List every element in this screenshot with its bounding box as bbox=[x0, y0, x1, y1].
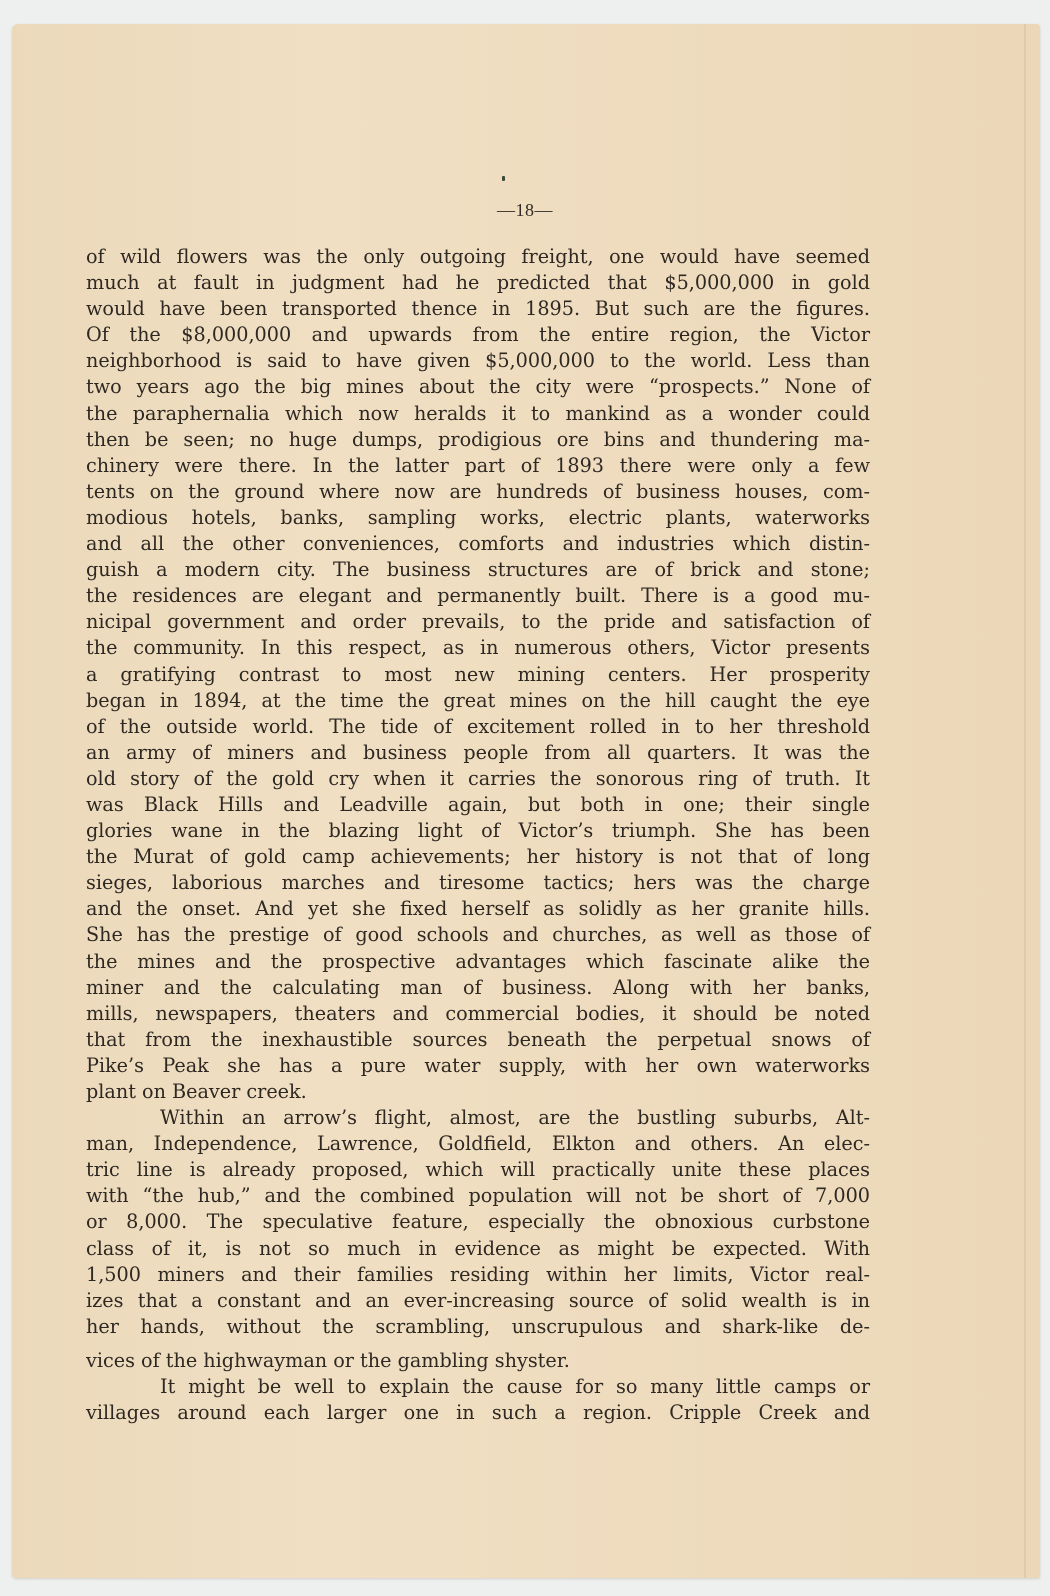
text-line: glories wane in the blazing light of Vic… bbox=[86, 818, 870, 844]
paragraph: of wild flowers was the only outgoing fr… bbox=[86, 244, 870, 1105]
text-line: the residences are elegant and permanent… bbox=[86, 583, 870, 609]
text-line: an army of miners and business people fr… bbox=[86, 740, 870, 766]
text-line: mills, newspapers, theaters and commerci… bbox=[86, 1001, 870, 1027]
text-line: tents on the ground where now are hundre… bbox=[86, 479, 870, 505]
text-line: nicipal government and order prevails, t… bbox=[86, 609, 870, 635]
paragraph: Within an arrow’s flight, almost, are th… bbox=[86, 1105, 870, 1374]
body-text: of wild flowers was the only outgoing fr… bbox=[86, 244, 870, 1426]
text-line: It might be well to explain the cause fo… bbox=[86, 1374, 870, 1400]
text-line: would have been transported thence in 18… bbox=[86, 296, 870, 322]
text-line: plant on Beaver creek. bbox=[86, 1079, 870, 1105]
text-line: the paraphernalia which now heralds it t… bbox=[86, 401, 870, 427]
text-line: Pike’s Peak she has a pure water supply,… bbox=[86, 1053, 870, 1079]
text-line: and all the other conveniences, comforts… bbox=[86, 531, 870, 557]
text-line: modious hotels, banks, sampling works, e… bbox=[86, 505, 870, 531]
text-line: miner and the calculating man of busines… bbox=[86, 975, 870, 1001]
text-line: much at fault in judgment had he predict… bbox=[86, 270, 870, 296]
text-line: a gratifying contrast to most new mining… bbox=[86, 662, 870, 688]
text-line: sieges, laborious marches and tiresome t… bbox=[86, 870, 870, 896]
text-line: villages around each larger one in such … bbox=[86, 1400, 870, 1426]
text-line: was Black Hills and Leadville again, but… bbox=[86, 792, 870, 818]
text-line: her hands, without the scrambling, unscr… bbox=[86, 1314, 870, 1340]
text-line: with “the hub,” and the combined populat… bbox=[86, 1183, 870, 1209]
text-line: began in 1894, at the time the great min… bbox=[86, 688, 870, 714]
text-line: class of it, is not so much in evidence … bbox=[86, 1236, 870, 1262]
text-line: She has the prestige of good schools and… bbox=[86, 922, 870, 948]
text-line: chinery were there. In the latter part o… bbox=[86, 453, 870, 479]
text-line: Of the $8,000,000 and upwards from the e… bbox=[86, 322, 870, 348]
text-line: and the onset. And yet she fixed herself… bbox=[86, 896, 870, 922]
text-line: of the outside world. The tide of excite… bbox=[86, 714, 870, 740]
text-line: or 8,000. The speculative feature, espec… bbox=[86, 1209, 870, 1235]
paragraph: It might be well to explain the cause fo… bbox=[86, 1374, 870, 1426]
text-line: vices of the highwayman or the gambling … bbox=[86, 1348, 870, 1374]
text-line: Within an arrow’s flight, almost, are th… bbox=[86, 1105, 870, 1131]
text-line: the Murat of gold camp achievements; her… bbox=[86, 844, 870, 870]
text-line: guish a modern city. The business struct… bbox=[86, 557, 870, 583]
text-line: that from the inexhaustible sources bene… bbox=[86, 1027, 870, 1053]
text-line: tric line is already proposed, which wil… bbox=[86, 1157, 870, 1183]
ink-fleck bbox=[502, 176, 505, 181]
text-line: the community. In this respect, as in nu… bbox=[86, 635, 870, 661]
text-line: man, Independence, Lawrence, Goldfield, … bbox=[86, 1131, 870, 1157]
text-line: neighborhood is said to have given $5,00… bbox=[86, 348, 870, 374]
text-line: 1,500 miners and their families residing… bbox=[86, 1262, 870, 1288]
text-line: then be seen; no huge dumps, prodigious … bbox=[86, 427, 870, 453]
text-line: the mines and the prospective advantages… bbox=[86, 949, 870, 975]
text-line: two years ago the big mines about the ci… bbox=[86, 374, 870, 400]
text-line: of wild flowers was the only outgoing fr… bbox=[86, 244, 870, 270]
text-line: izes that a constant and an ever-increas… bbox=[86, 1288, 870, 1314]
page-number: —18— bbox=[0, 200, 1050, 221]
text-line: old story of the gold cry when it carrie… bbox=[86, 766, 870, 792]
